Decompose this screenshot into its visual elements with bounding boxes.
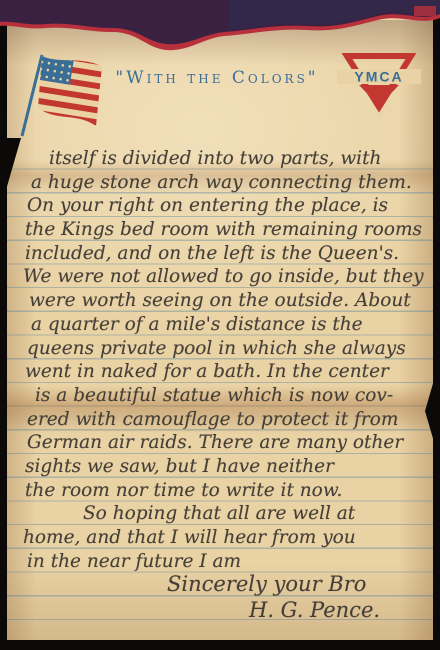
handwritten-line: home, and that I will hear from you — [19, 526, 429, 550]
handwritten-line: sights we saw, but I have neither — [19, 455, 429, 479]
handwritten-line: went in naked for a bath. In the center — [19, 360, 429, 384]
us-flag-icon — [12, 50, 107, 144]
handwritten-line: is a beautiful statue which is now cov- — [19, 384, 429, 408]
handwritten-line: German air raids. There are many other — [19, 431, 429, 455]
ymca-logo-text: YMCA — [354, 69, 403, 85]
stationery-paper: "With the Colors" YMCA itself is divided… — [7, 0, 433, 640]
handwritten-line: On your right on entering the place, is — [19, 194, 429, 218]
handwritten-line: We were not allowed to go inside, but th… — [19, 265, 429, 289]
handwritten-line: included, and on the left is the Queen's… — [19, 242, 429, 266]
handwritten-line: a quarter of a mile's distance is the — [19, 313, 429, 337]
stationery-slogan: "With the Colors" — [102, 68, 332, 88]
handwritten-line: the Kings bed room with remaining rooms — [19, 218, 429, 242]
torn-edge — [0, 0, 440, 54]
signature: H. G. Pence. — [249, 598, 380, 622]
handwritten-line: So hoping that all are well at — [19, 502, 429, 526]
closing-salutation: Sincerely your Bro — [167, 572, 366, 596]
letter-body: itself is divided into two parts, with a… — [19, 147, 429, 573]
handwritten-line: the room nor time to write it now. — [19, 479, 429, 503]
handwritten-line: itself is divided into two parts, with — [19, 147, 429, 171]
ymca-logo-icon: YMCA — [337, 52, 421, 118]
letter-photo: "With the Colors" YMCA itself is divided… — [0, 0, 440, 650]
handwritten-line: in the near future I am — [19, 550, 429, 574]
handwritten-line: ered with camouflage to protect it from — [19, 408, 429, 432]
handwritten-line: were worth seeing on the outside. About — [19, 289, 429, 313]
handwritten-line: queens private pool in which she always — [19, 337, 429, 361]
handwritten-line: a huge stone arch way connecting them. — [19, 171, 429, 195]
